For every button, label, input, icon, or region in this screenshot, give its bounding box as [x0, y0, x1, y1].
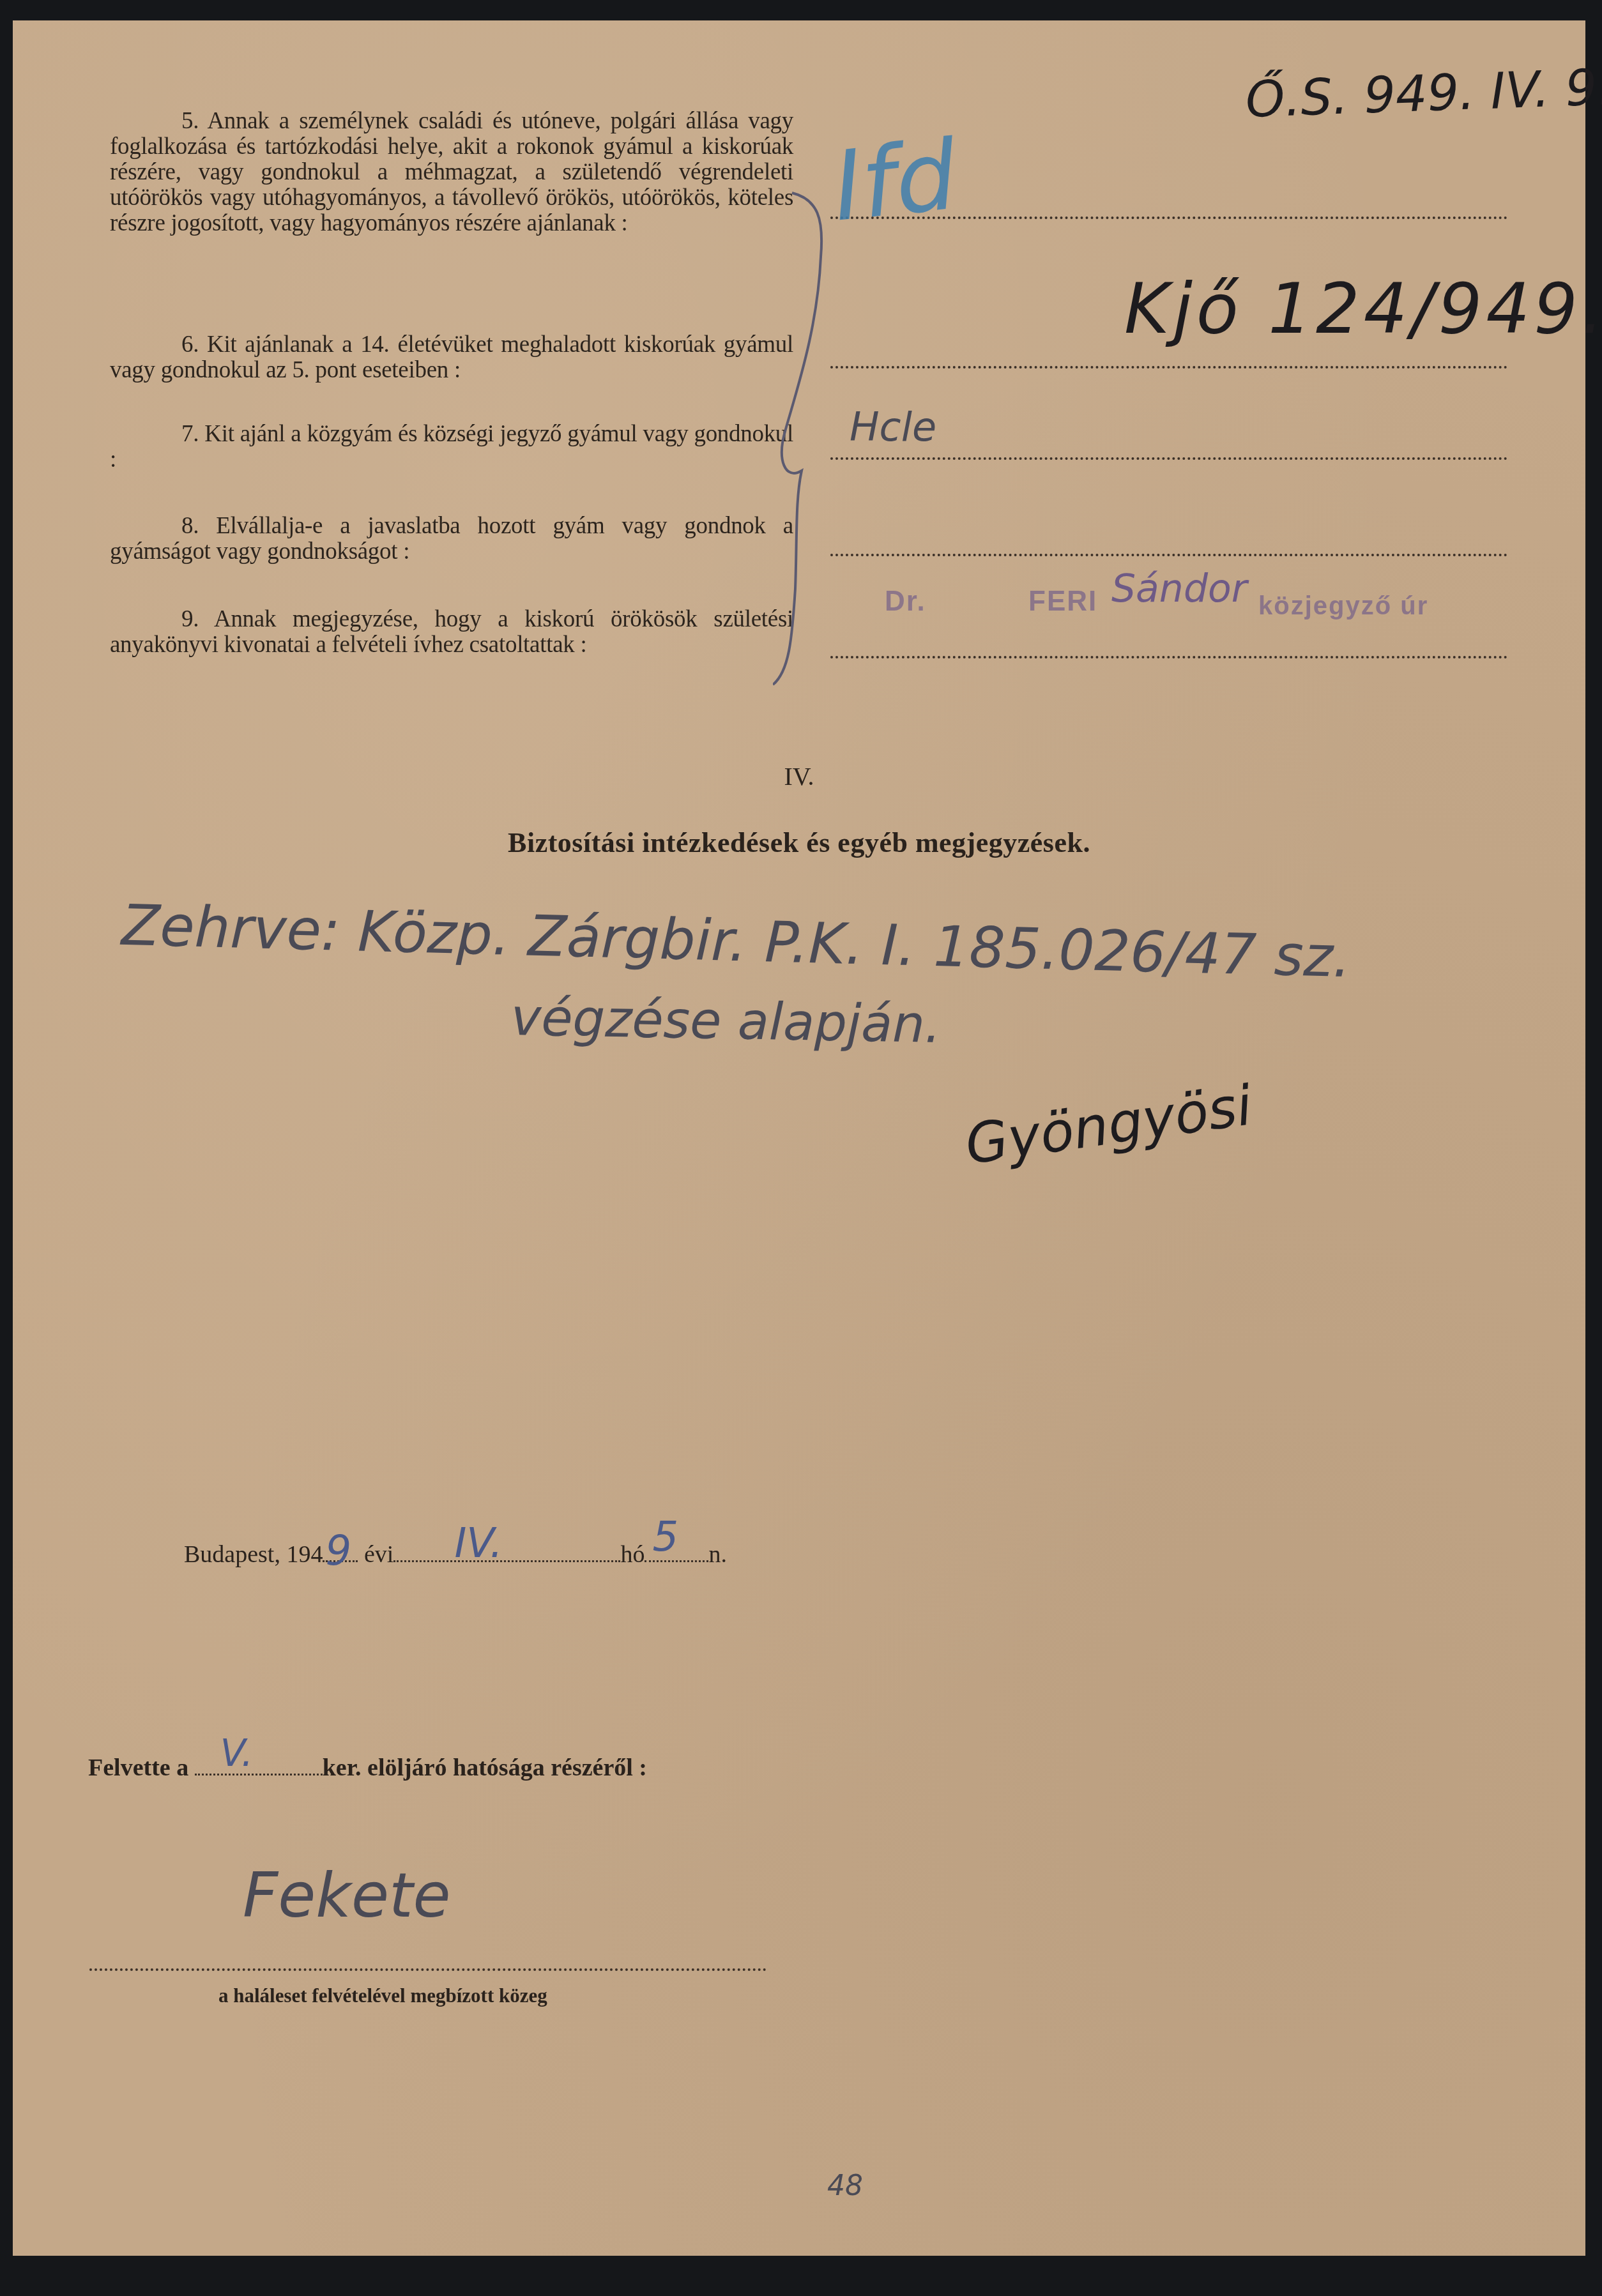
reference-annotation: Ő.S. 949. IV. 9.: [1245, 59, 1602, 129]
notary-signature: Sándor: [1111, 566, 1247, 611]
signature-line: [89, 1968, 767, 1971]
signature-caption: a haláleset felvételével megbízott közeg: [218, 1984, 547, 2007]
item-9: 9. Annak megjegyzése, hogy a kiskorú örö…: [110, 607, 793, 658]
recorded-by-line: Felvette a V.ker. elöljáró hatósága rész…: [88, 1754, 647, 1782]
answer-line-3: [830, 457, 1507, 460]
case-number-note: Kjő 124/949.: [1124, 270, 1602, 349]
recording-officer-signature: Fekete: [243, 1860, 451, 1931]
district-field: V.: [195, 1754, 323, 1775]
item-7: 7. Kit ajánl a közgyám és községi jegyző…: [110, 422, 793, 473]
dateline-year-suffix: évi: [364, 1541, 393, 1568]
notary-stamp-name: FERI: [1028, 586, 1097, 618]
document-page: Ő.S. 949. IV. 9. 5. Annak a személynek c…: [13, 20, 1585, 2256]
blue-pencil-note: Ifd: [828, 119, 961, 243]
item-5: 5. Annak a személynek családi és utóneve…: [110, 109, 793, 236]
item-8: 8. Elvállalja-e a javaslatba hozott gyám…: [110, 513, 793, 565]
month-field: IV.: [393, 1541, 620, 1562]
notary-stamp-suffix: közjegyző úr: [1258, 592, 1428, 621]
year-field: 9: [323, 1541, 358, 1562]
section-roman-numeral: IV.: [13, 761, 1585, 791]
handwritten-note-line-1: Zehrve: Közp. Zárgbir. P.K. I. 185.026/4…: [121, 892, 1352, 990]
recorded-by-suffix: ker. elöljáró hatósága részéről :: [323, 1754, 647, 1781]
answer-line-4: [830, 554, 1507, 556]
dateline-day-suffix: n.: [708, 1541, 727, 1568]
section-title: Biztosítási intézkedések és egyéb megjeg…: [13, 826, 1585, 859]
dateline-month-suffix: hó: [620, 1541, 645, 1568]
item-6: 6. Kit ajánlanak a 14. életévüket meghal…: [110, 332, 793, 383]
handwritten-note-line-2: végzése alapján.: [510, 987, 942, 1054]
answer-line-2: [830, 366, 1507, 369]
dateline: Budapest, 1949 éviIV.hó5n.: [184, 1540, 727, 1569]
notary-stamp-prefix: Dr.: [885, 586, 926, 618]
official-signature: Gyöngyösi: [961, 1074, 1256, 1177]
answer-line-5: [830, 656, 1507, 658]
page-number: 48: [827, 2170, 863, 2202]
recorded-by-prefix: Felvette a: [88, 1754, 188, 1781]
pencil-note: Hcle: [850, 404, 936, 450]
dateline-city: Budapest, 194: [184, 1541, 323, 1568]
curly-bracket-icon: [773, 180, 850, 710]
day-field: 5: [645, 1541, 708, 1562]
